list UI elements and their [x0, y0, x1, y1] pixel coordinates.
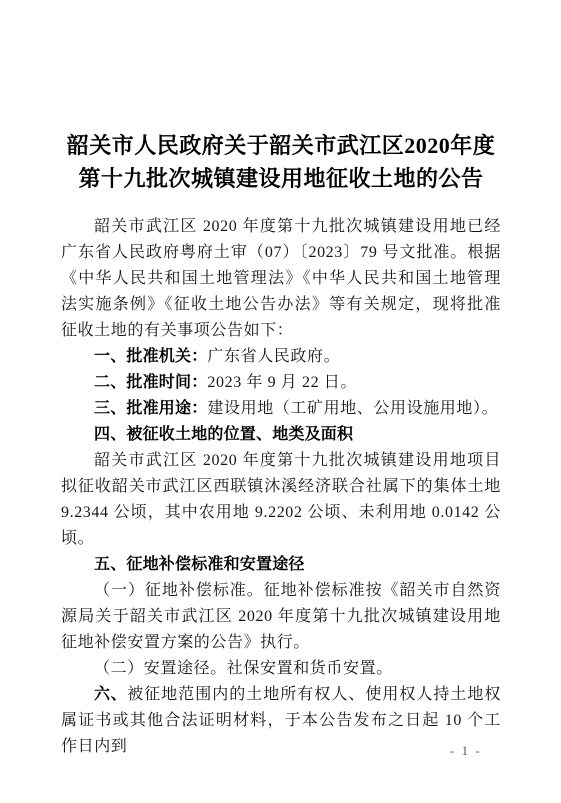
page-number: - 1 -	[450, 742, 482, 760]
document-title-line2: 第十九批次城镇建设用地征收土地的公告	[61, 162, 501, 195]
item-1-label: 一、批准机关：	[94, 348, 207, 365]
item-6-paragraph: 六、被征地范围内的土地所有权人、使用权人持土地权属证书或其他合法证明材料，于本公…	[61, 682, 501, 760]
document-sheet: 韶关市人民政府关于韶关市武江区2020年度 第十九批次城镇建设用地征收土地的公告…	[61, 129, 501, 760]
intro-paragraph: 韶关市武江区 2020 年度第十九批次城镇建设用地已经广东省人民政府粤府土审（0…	[61, 214, 501, 344]
document-title-line1: 韶关市人民政府关于韶关市武江区2020年度	[61, 129, 501, 162]
document-page: { "announcement": { "title_line1": "韶关市人…	[0, 0, 561, 803]
item-4-body-text: 韶关市武江区 2020 年度第十九批次城镇建设用地项目拟征收韶关市武江区西联镇沐…	[61, 452, 501, 547]
document-body: 韶关市武江区 2020 年度第十九批次城镇建设用地已经广东省人民政府粤府土审（0…	[61, 214, 501, 760]
document-title: 韶关市人民政府关于韶关市武江区2020年度 第十九批次城镇建设用地征收土地的公告	[61, 129, 501, 195]
item-2-value: 2023 年 9 月 22 日。	[207, 374, 357, 391]
item-2-approval-date: 二、批准时间：2023 年 9 月 22 日。	[61, 370, 501, 396]
item-3-label: 三、批准用途：	[94, 400, 207, 417]
item-4-heading: 四、被征收土地的位置、地类及面积	[61, 422, 501, 448]
item-6-text: 被征地范围内的土地所有权人、使用权人持土地权属证书或其他合法证明材料，于本公告发…	[61, 686, 501, 755]
intro-paragraph-text: 韶关市武江区 2020 年度第十九批次城镇建设用地已经广东省人民政府粤府土审（0…	[61, 218, 501, 339]
item-1-value: 广东省人民政府。	[207, 348, 340, 365]
item-5-heading-text: 五、征地补偿标准和安置途径	[94, 556, 305, 573]
item-5-sub1-paragraph: （一）征地补偿标准。征地补偿标准按《韶关市自然资源局关于韶关市武江区 2020 …	[61, 578, 501, 656]
item-3-approved-use: 三、批准用途：建设用地（工矿用地、公用设施用地）。	[61, 396, 501, 422]
item-6-label: 六、	[94, 686, 127, 703]
item-4-body-paragraph: 韶关市武江区 2020 年度第十九批次城镇建设用地项目拟征收韶关市武江区西联镇沐…	[61, 448, 501, 552]
item-2-label: 二、批准时间：	[94, 374, 207, 391]
item-5-sub1-text: （一）征地补偿标准。征地补偿标准按《韶关市自然资源局关于韶关市武江区 2020 …	[61, 582, 501, 651]
item-5-sub2-text: （二）安置途径。社保安置和货币安置。	[94, 660, 393, 677]
item-5-sub2-paragraph: （二）安置途径。社保安置和货币安置。	[61, 656, 501, 682]
item-3-value: 建设用地（工矿用地、公用设施用地）。	[207, 400, 498, 417]
item-5-heading: 五、征地补偿标准和安置途径	[61, 552, 501, 578]
item-4-heading-text: 四、被征收土地的位置、地类及面积	[94, 426, 353, 443]
item-1-approval-authority: 一、批准机关：广东省人民政府。	[61, 344, 501, 370]
